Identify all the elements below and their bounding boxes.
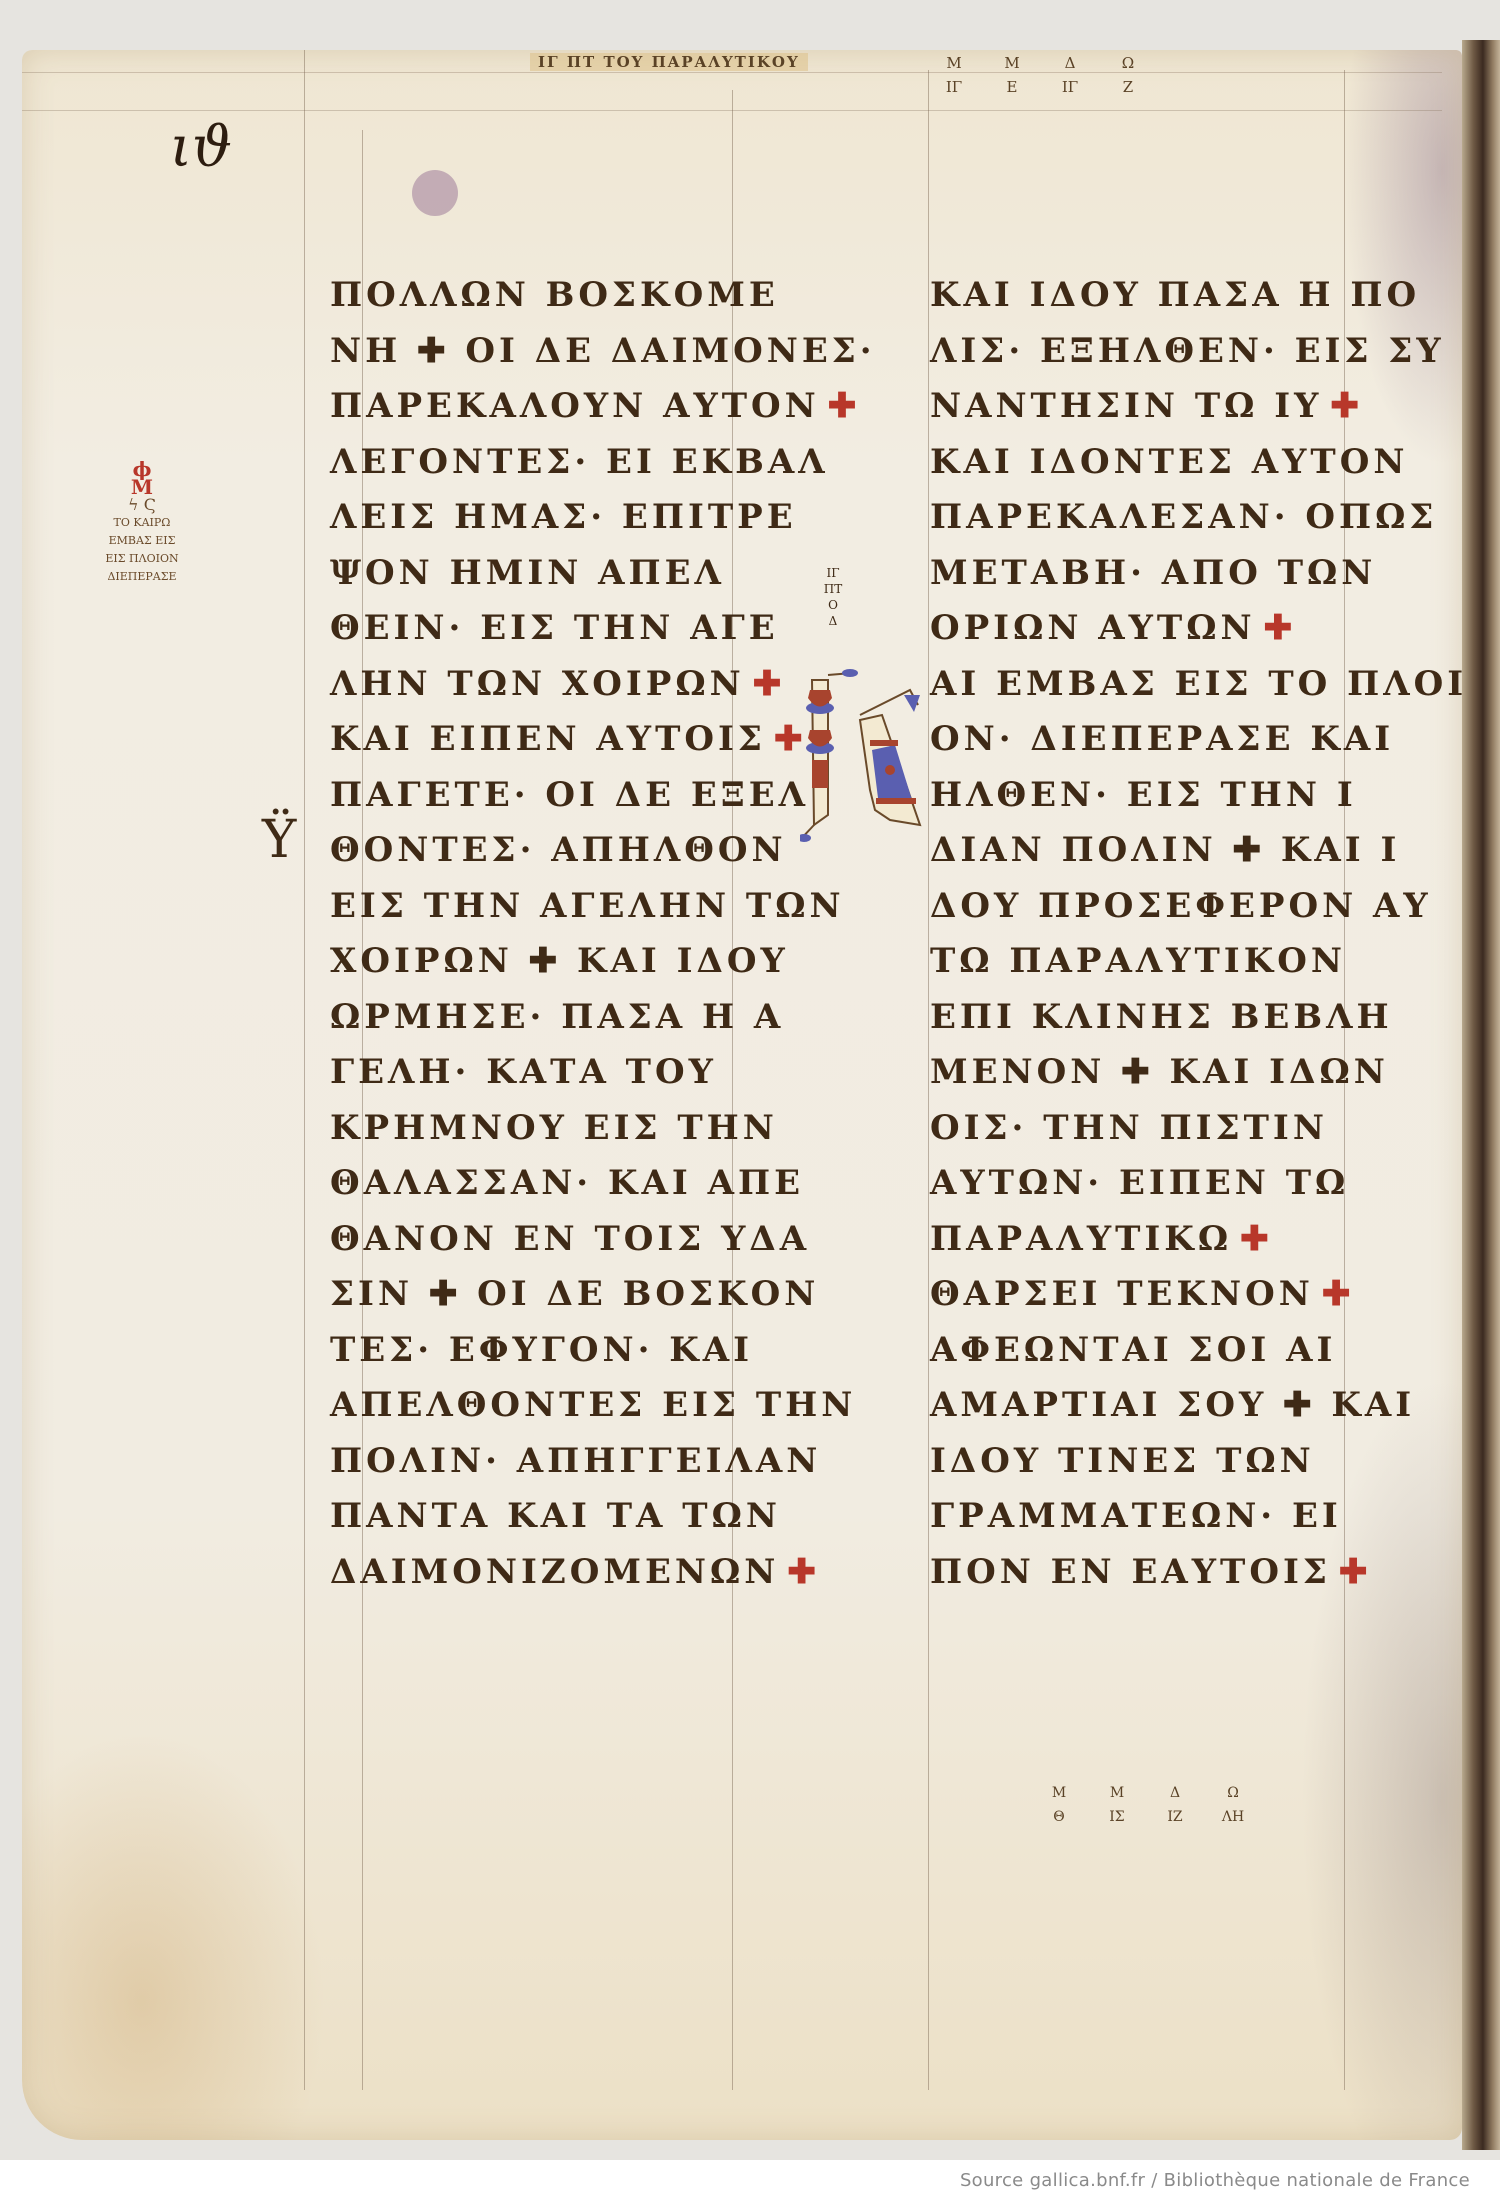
- manuscript-line: ΚΑΙ ΕΙΠΕΝ ΑΥΤΟΙΣ✚: [330, 719, 806, 759]
- running-title: ΙΓ ΠΤ ΤΟΥ ΠΑΡΑΛΥΤΙΚΟΥ: [530, 53, 808, 71]
- margin-marks: ϟ Ϛ: [72, 496, 212, 514]
- manuscript-line: ΛΗΝ ΤΩΝ ΧΟΙΡΩΝ✚: [330, 664, 785, 704]
- manuscript-line: ΓΡΑΜΜΑΤΕΩΝ· ΕΙ: [930, 1496, 1350, 1536]
- manuscript-line: ΕΙΣ ΤΗΝ ΑΓΕΛΗΝ ΤΩΝ: [330, 886, 853, 926]
- manuscript-line: ΛΕΓΟΝΤΕΣ· ΕΙ ΕΚΒΑΛ: [330, 442, 837, 482]
- section-number: ΙΓ ΠΤ Ο Δ: [818, 565, 848, 629]
- manuscript-line: ΟΡΙΩΝ ΑΥΤΩΝ✚: [930, 608, 1296, 648]
- footer-bar: Source gallica.bnf.fr / Bibliothèque nat…: [0, 2160, 1500, 2201]
- manuscript-line: ΜΕΝΟΝ ✚ ΚΑΙ ΙΔΩΝ: [930, 1052, 1397, 1092]
- rubric-cross: ✚: [1322, 1274, 1355, 1314]
- margin-initial-letter: Ϋ: [262, 810, 296, 870]
- book-binding-edge: [1462, 40, 1500, 2150]
- manuscript-line: ΚΑΙ ΙΔΟΝΤΕΣ ΑΥΤΟΝ: [930, 442, 1416, 482]
- manuscript-line: ΘΑΛΑΣΣΑΝ· ΚΑΙ ΑΠΕ: [330, 1163, 812, 1203]
- margin-letter: Μ: [72, 478, 212, 496]
- manuscript-line: ΩΡΜΗΣΕ· ΠΑΣΑ Η Α: [330, 997, 792, 1037]
- canon-row-1: ΜΜΔΩ: [925, 54, 1157, 72]
- manuscript-line: ΑΥΤΩΝ· ΕΙΠΕΝ ΤΩ: [930, 1163, 1357, 1203]
- canon-row-2: ΙΓΕΙΓΖ: [925, 78, 1157, 96]
- rubric-cross: ✚: [787, 1552, 820, 1592]
- manuscript-line: ΣΙΝ ✚ ΟΙ ΔΕ ΒΟΣΚΟΝ: [330, 1274, 827, 1314]
- manuscript-line: ΑΜΑΡΤΙΑΙ ΣΟΥ ✚ ΚΑΙ: [930, 1385, 1423, 1425]
- manuscript-line: ΘΟΝΤΕΣ· ΑΠΗΛΘΟΝ: [330, 830, 795, 870]
- ruling-column-right-edge: [928, 70, 929, 2090]
- manuscript-line: ΑΠΕΛΘΟΝΤΕΣ ΕΙΣ ΤΗΝ: [330, 1385, 864, 1425]
- manuscript-line: ΠΑΡΕΚΑΛΟΥΝ ΑΥΤΟΝ✚: [330, 386, 860, 426]
- manuscript-line: ΚΑΙ ΙΔΟΥ ΠΑΣΑ Η ΠΟ: [930, 275, 1428, 315]
- manuscript-line: ΔΑΙΜΟΝΙΖΟΜΕΝΩΝ✚: [330, 1552, 820, 1592]
- ink-stain: [412, 170, 458, 216]
- manuscript-line: ΙΔΟΥ ΤΙΝΕΣ ΤΩΝ: [930, 1441, 1323, 1481]
- manuscript-line: ΚΡΗΜΝΟΥ ΕΙΣ ΤΗΝ: [330, 1108, 786, 1148]
- manuscript-line: ΟΙΣ· ΤΗΝ ΠΙΣΤΙΝ: [930, 1108, 1336, 1148]
- bottom-canon-table: ΜΜΔΩ ΘΙΣΙΖΛΗ: [1030, 1785, 1262, 1825]
- manuscript-line: ΘΑΡΣΕΙ ΤΕΚΝΟΝ✚: [930, 1274, 1354, 1314]
- manuscript-line: ΠΑΝΤΑ ΚΑΙ ΤΑ ΤΩΝ: [330, 1496, 789, 1536]
- manuscript-line: ΑΦΕΩΝΤΑΙ ΣΟΙ ΑΙ: [930, 1330, 1344, 1370]
- canon-row-1: ΜΜΔΩ: [1030, 1785, 1262, 1801]
- manuscript-line: ΗΛΘΕΝ· ΕΙΣ ΤΗΝ Ι: [930, 775, 1365, 815]
- manuscript-line: ΠΑΡΑΛΥΤΙΚΩ✚: [930, 1219, 1273, 1259]
- rubric-cross: ✚: [1330, 386, 1363, 426]
- manuscript-line: ΝΗ ✚ ΟΙ ΔΕ ΔΑΙΜΟΝΕΣ·: [330, 331, 884, 371]
- manuscript-line: ΛΕΙΣ ΗΜΑΣ· ΕΠΙΤΡΕ: [330, 497, 805, 537]
- manuscript-line: ΔΟΥ ΠΡΟΣΕΦΕΡΟΝ ΑΥ: [930, 886, 1440, 926]
- rubric-cross: ✚: [774, 719, 807, 759]
- manuscript-line: ΔΙΑΝ ΠΟΛΙΝ ✚ ΚΑΙ Ι: [930, 830, 1408, 870]
- manuscript-line: ΘΑΝΟΝ ΕΝ ΤΟΙΣ ΥΔΑ: [330, 1219, 818, 1259]
- ruling-column-left-edge: [304, 50, 305, 2090]
- manuscript-line: ΜΕΤΑΒΗ· ΑΠΟ ΤΩΝ: [930, 553, 1384, 593]
- manuscript-line: ΑΙ ΕΜΒΑΣ ΕΙΣ ΤΟ ΠΛΟΙ: [930, 664, 1475, 704]
- rubric-cross: ✚: [1264, 608, 1297, 648]
- scan-background: ιϑ ΙΓ ΠΤ ΤΟΥ ΠΑΡΑΛΥΤΙΚΟΥ ΜΜΔΩ ΙΓΕΙΓΖ ϕ Μ…: [0, 0, 1500, 2160]
- rubric-cross: ✚: [828, 386, 861, 426]
- left-margin-note: ϕ Μ ϟ Ϛ ΤΟ ΚΑΙΡΩ ΕΜΒΑΣ ΕΙΣ ΕΙΣ ΠΛΟΙΟΝ ΔΙ…: [72, 460, 212, 586]
- manuscript-line: ΓΕΛΗ· ΚΑΤΑ ΤΟΥ: [330, 1052, 725, 1092]
- folio-number: ιϑ: [170, 115, 232, 180]
- manuscript-line: ΠΟΛΛΩΝ ΒΟΣΚΟΜΕ: [330, 275, 787, 315]
- margin-line: ΔΙΕΠΕΡΑΣΕ: [72, 568, 212, 586]
- margin-line: ΕΜΒΑΣ ΕΙΣ: [72, 532, 212, 550]
- manuscript-line: ΧΟΙΡΩΝ ✚ ΚΑΙ ΙΔΟΥ: [330, 941, 797, 981]
- manuscript-line: ΝΑΝΤΗΣΙΝ ΤΩ ΙΥ✚: [930, 386, 1363, 426]
- ruling-line: [22, 72, 1442, 73]
- rubric-cross: ✚: [1240, 1219, 1273, 1259]
- manuscript-line: ΟΝ· ΔΙΕΠΕΡΑΣΕ ΚΑΙ: [930, 719, 1402, 759]
- decorated-initial-kappa: [800, 640, 930, 850]
- manuscript-line: ΛΙΣ· ΕΞΗΛΘΕΝ· ΕΙΣ ΣΥ: [930, 331, 1453, 371]
- manuscript-line: ΠΟΛΙΝ· ΑΠΗΓΓΕΙΛΑΝ: [330, 1441, 829, 1481]
- rubric-cross: ✚: [1339, 1552, 1372, 1592]
- manuscript-line: ΨΟΝ ΗΜΙΝ ΑΠΕΛ: [330, 553, 733, 593]
- manuscript-line: ΠΑΓΕΤΕ· ΟΙ ΔΕ ΕΞΕΛ: [330, 775, 817, 815]
- top-canon-table: ΜΜΔΩ ΙΓΕΙΓΖ: [925, 54, 1157, 96]
- margin-line: ΤΟ ΚΑΙΡΩ: [72, 514, 212, 532]
- manuscript-line: ΕΠΙ ΚΛΙΝΗΣ ΒΕΒΛΗ: [930, 997, 1401, 1037]
- manuscript-line: ΤΩ ΠΑΡΑΛΥΤΙΚΟΝ: [930, 941, 1354, 981]
- rubric-cross: ✚: [753, 664, 786, 704]
- source-credit: Source gallica.bnf.fr / Bibliothèque nat…: [960, 2170, 1470, 2191]
- canon-row-2: ΘΙΣΙΖΛΗ: [1030, 1809, 1262, 1825]
- manuscript-line: ΤΕΣ· ΕΦΥΓΟΝ· ΚΑΙ: [330, 1330, 761, 1370]
- manuscript-line: ΠΑΡΕΚΑΛΕΣΑΝ· ΟΠΩΣ: [930, 497, 1445, 537]
- margin-line: ΕΙΣ ΠΛΟΙΟΝ: [72, 550, 212, 568]
- manuscript-line: ΘΕΙΝ· ΕΙΣ ΤΗΝ ΑΓΕ: [330, 608, 787, 648]
- manuscript-line: ΠΟΝ ΕΝ ΕΑΥΤΟΙΣ✚: [930, 1552, 1371, 1592]
